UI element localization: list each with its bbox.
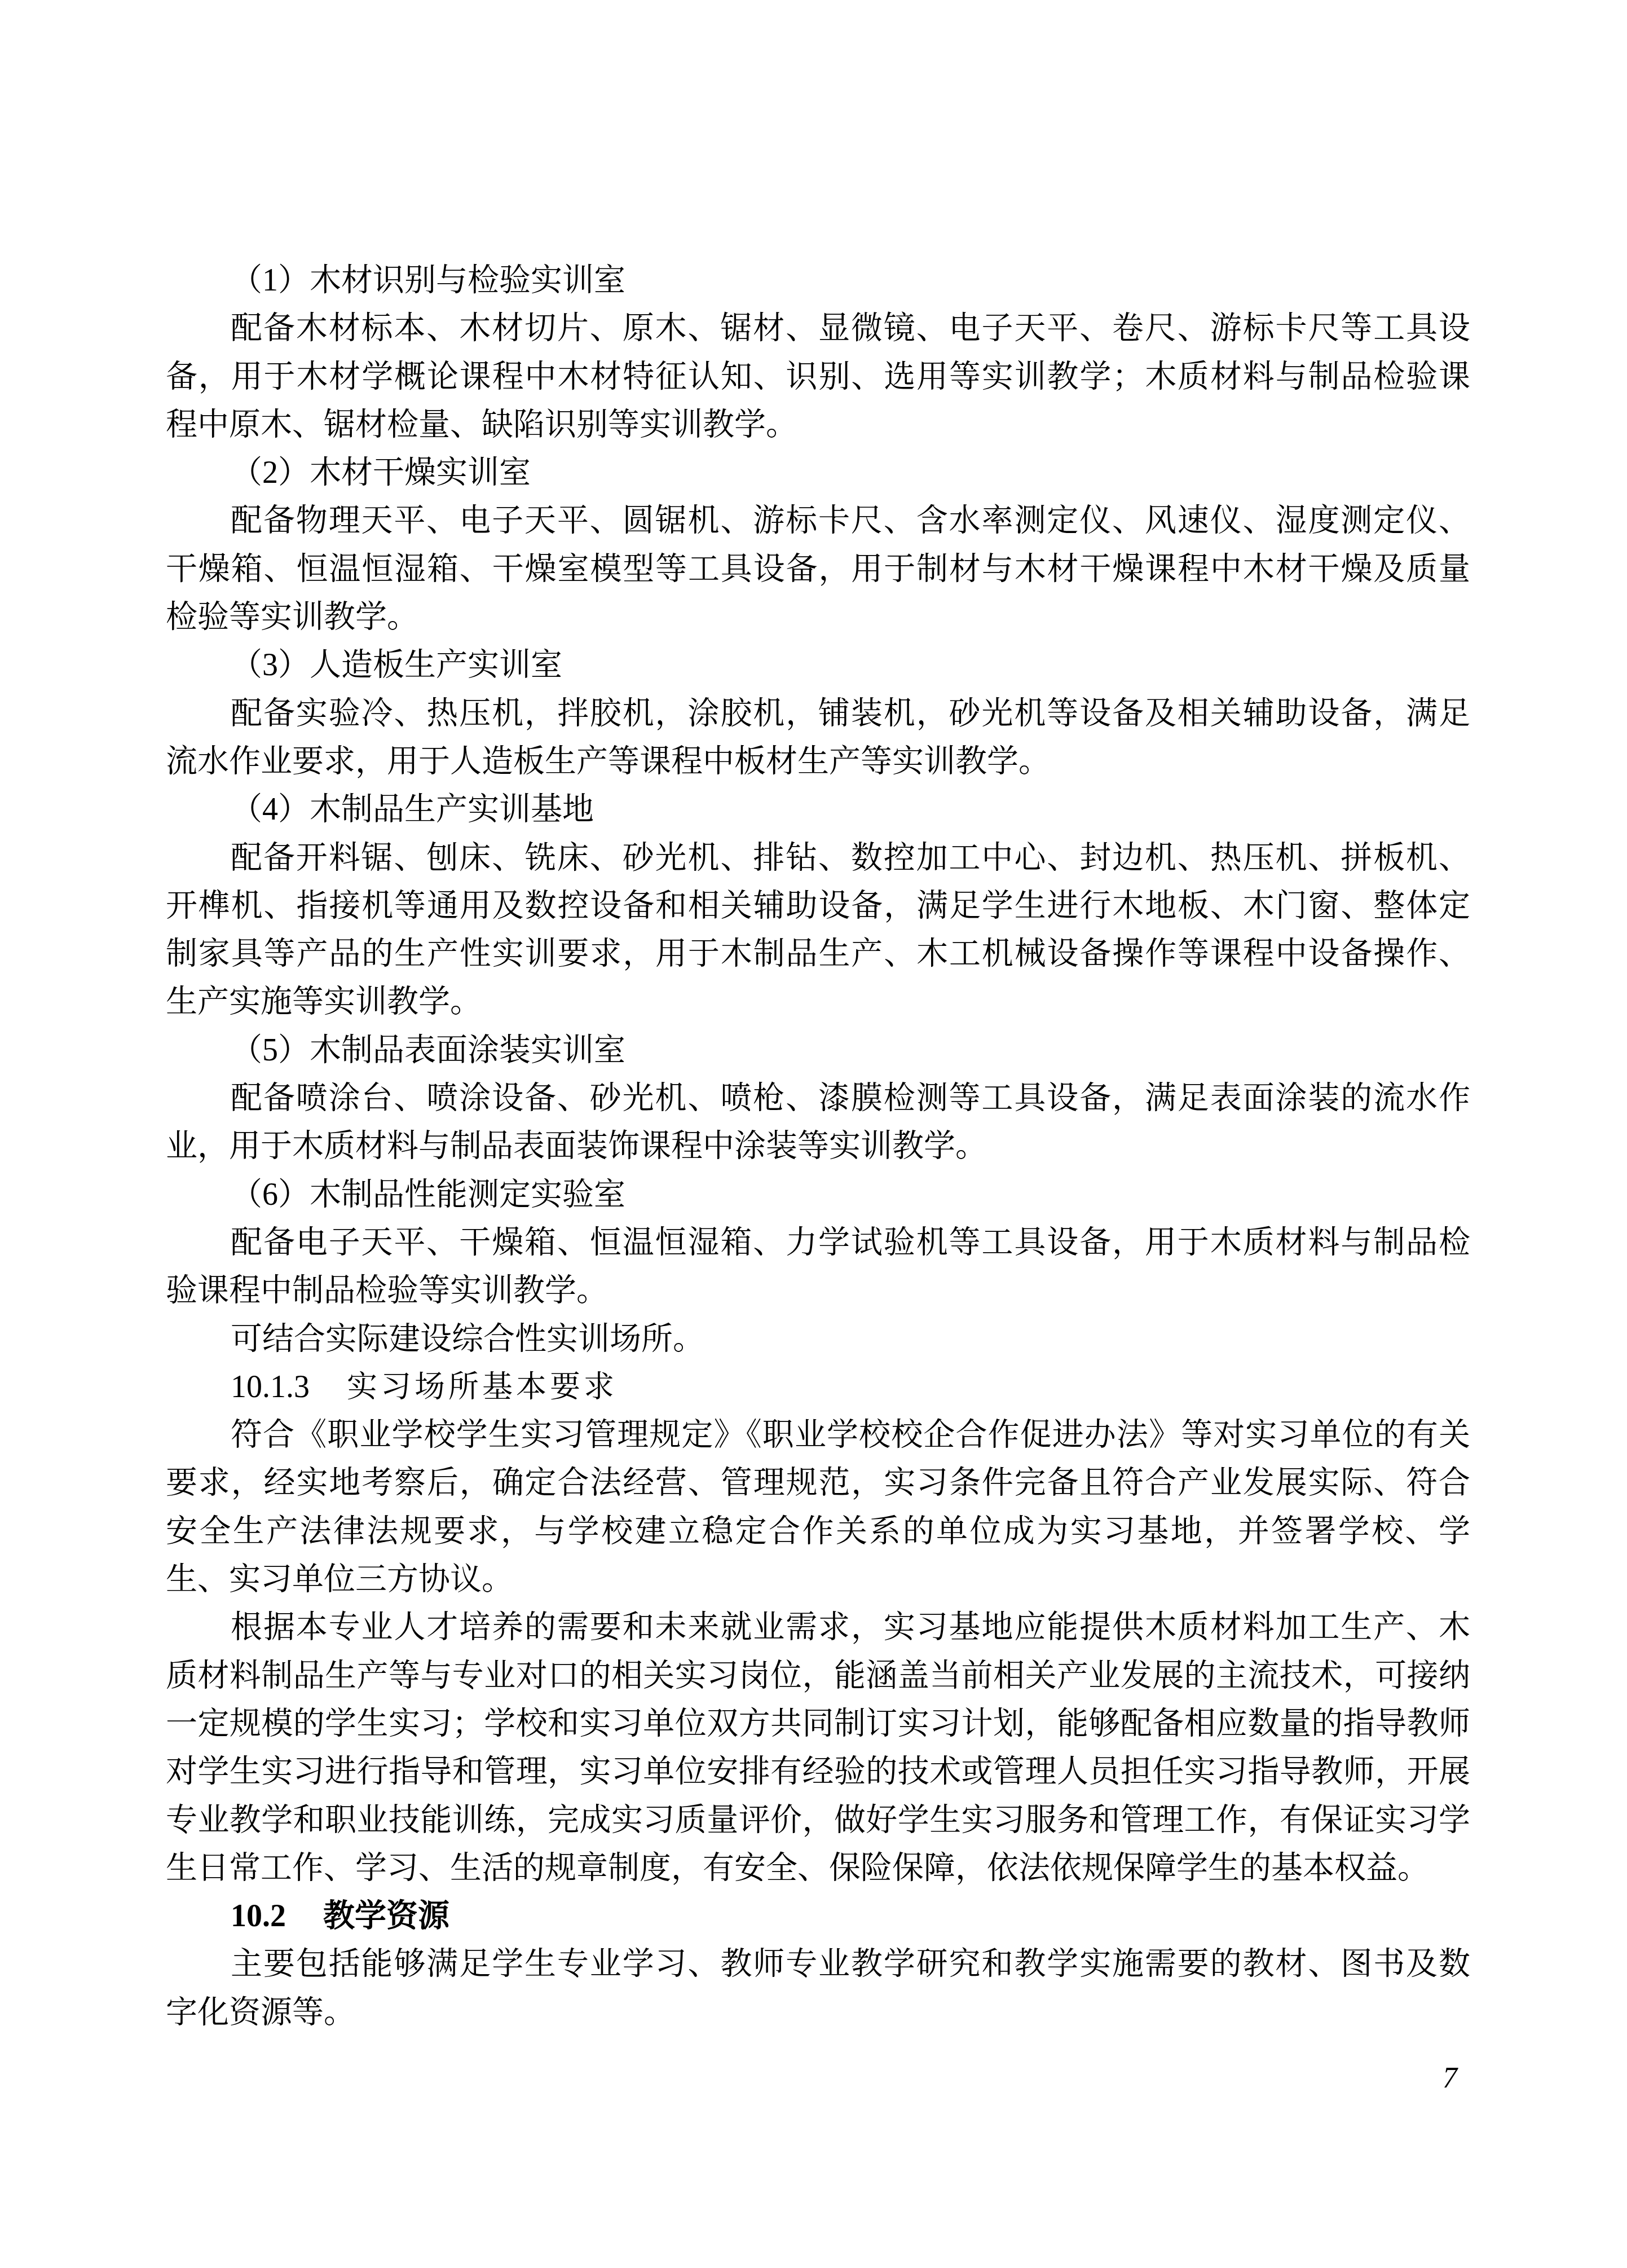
section-10-2-heading: 10.2教学资源 <box>166 1896 1470 1944</box>
internship-para-2-line: 根据本专业人才培养的需要和未来就业需求，实习基地应能提供木质材料加工生产、木 <box>166 1608 1470 1655</box>
lab-1-body-line: 配备木材标本、木材切片、原木、锯材、显微镜、电子天平、卷尺、游标卡尺等工具设 <box>166 309 1470 356</box>
teaching-resources-line: 主要包括能够满足学生专业学习、教师专业教学研究和教学实施需要的教材、图书及数 <box>166 1944 1470 1992</box>
section-10-1-3-heading: 10.1.3实习场所基本要求 <box>166 1367 1470 1415</box>
lab-3-heading: （3）人造板生产实训室 <box>166 645 1470 693</box>
section-10-1-3-number: 10.1.3 <box>231 1369 310 1404</box>
page-number: 7 <box>1443 2062 1457 2095</box>
lab-4-body-line: 配备开料锯、刨床、铣床、砂光机、排钻、数控加工中心、封边机、热压机、拼板机、 <box>166 838 1470 886</box>
lab-2-body-line: 配备物理天平、电子天平、圆锯机、游标卡尺、含水率测定仪、风速仪、湿度测定仪、 <box>166 501 1470 549</box>
lab-5-body-line: 配备喷涂台、喷涂设备、砂光机、喷枪、漆膜检测等工具设备，满足表面涂装的流水作 <box>166 1078 1470 1126</box>
lab-1-heading: （1）木材识别与检验实训室 <box>166 261 1470 309</box>
lab-5-body-line: 业，用于木质材料与制品表面装饰课程中涂装等实训教学。 <box>166 1126 1470 1174</box>
teaching-resources-line: 字化资源等。 <box>166 1993 1470 2041</box>
lab-6-body-line: 验课程中制品检验等实训教学。 <box>166 1271 1470 1319</box>
lab-4-heading: （4）木制品生产实训基地 <box>166 790 1470 838</box>
lab-3-body-line: 流水作业要求，用于人造板生产等课程中板材生产等实训教学。 <box>166 742 1470 790</box>
internship-para-2-line: 一定规模的学生实习；学校和实习单位双方共同制订实习计划，能够配备相应数量的指导教… <box>166 1704 1470 1752</box>
internship-para-1-line: 安全生产法律法规要求，与学校建立稳定合作关系的单位成为实习基地，并签署学校、学 <box>166 1512 1470 1560</box>
section-10-2-number: 10.2 <box>231 1899 286 1934</box>
section-10-2-title: 教学资源 <box>323 1897 449 1934</box>
lab-2-heading: （2）木材干燥实训室 <box>166 453 1470 501</box>
section-10-1-3-title: 实习场所基本要求 <box>347 1369 618 1404</box>
lab-3-body-line: 配备实验冷、热压机，拌胶机，涂胶机，铺装机，砂光机等设备及相关辅助设备，满足 <box>166 694 1470 742</box>
internship-para-2-line: 专业教学和职业技能训练，完成实习质量评价，做好学生实习服务和管理工作，有保证实习… <box>166 1800 1470 1848</box>
lab-2-body-line: 检验等实训教学。 <box>166 597 1470 645</box>
internship-para-1-line: 生、实习单位三方协议。 <box>166 1560 1470 1608</box>
combined-training-note: 可结合实际建设综合性实训场所。 <box>166 1319 1470 1367</box>
internship-para-1-line: 符合《职业学校学生实习管理规定》《职业学校校企合作促进办法》等对实习单位的有关 <box>166 1415 1470 1463</box>
lab-4-body-line: 开榫机、指接机等通用及数控设备和相关辅助设备，满足学生进行木地板、木门窗、整体定 <box>166 886 1470 934</box>
internship-para-1-line: 要求，经实地考察后，确定合法经营、管理规范，实习条件完备且符合产业发展实际、符合 <box>166 1463 1470 1511</box>
document-body: （1）木材识别与检验实训室 配备木材标本、木材切片、原木、锯材、显微镜、电子天平… <box>166 261 1470 2041</box>
internship-para-2-line: 质材料制品生产等与专业对口的相关实习岗位，能涵盖当前相关产业发展的主流技术，可接… <box>166 1656 1470 1704</box>
lab-1-body-line: 备，用于木材学概论课程中木材特征认知、识别、选用等实训教学；木质材料与制品检验课 <box>166 357 1470 405</box>
lab-6-heading: （6）木制品性能测定实验室 <box>166 1175 1470 1223</box>
internship-para-2-line: 生日常工作、学习、生活的规章制度，有安全、保险保障，依法依规保障学生的基本权益。 <box>166 1848 1470 1896</box>
document-page: （1）木材识别与检验实训室 配备木材标本、木材切片、原木、锯材、显微镜、电子天平… <box>0 0 1627 2268</box>
lab-6-body-line: 配备电子天平、干燥箱、恒温恒湿箱、力学试验机等工具设备，用于木质材料与制品检 <box>166 1223 1470 1271</box>
lab-5-heading: （5）木制品表面涂装实训室 <box>166 1030 1470 1078</box>
internship-para-2-line: 对学生实习进行指导和管理，实习单位安排有经验的技术或管理人员担任实习指导教师，开… <box>166 1752 1470 1800</box>
lab-1-body-line: 程中原木、锯材检量、缺陷识别等实训教学。 <box>166 405 1470 453</box>
lab-2-body-line: 干燥箱、恒温恒湿箱、干燥室模型等工具设备，用于制材与木材干燥课程中木材干燥及质量 <box>166 549 1470 597</box>
lab-4-body-line: 生产实施等实训教学。 <box>166 982 1470 1030</box>
lab-4-body-line: 制家具等产品的生产性实训要求，用于木制品生产、木工机械设备操作等课程中设备操作、 <box>166 934 1470 982</box>
